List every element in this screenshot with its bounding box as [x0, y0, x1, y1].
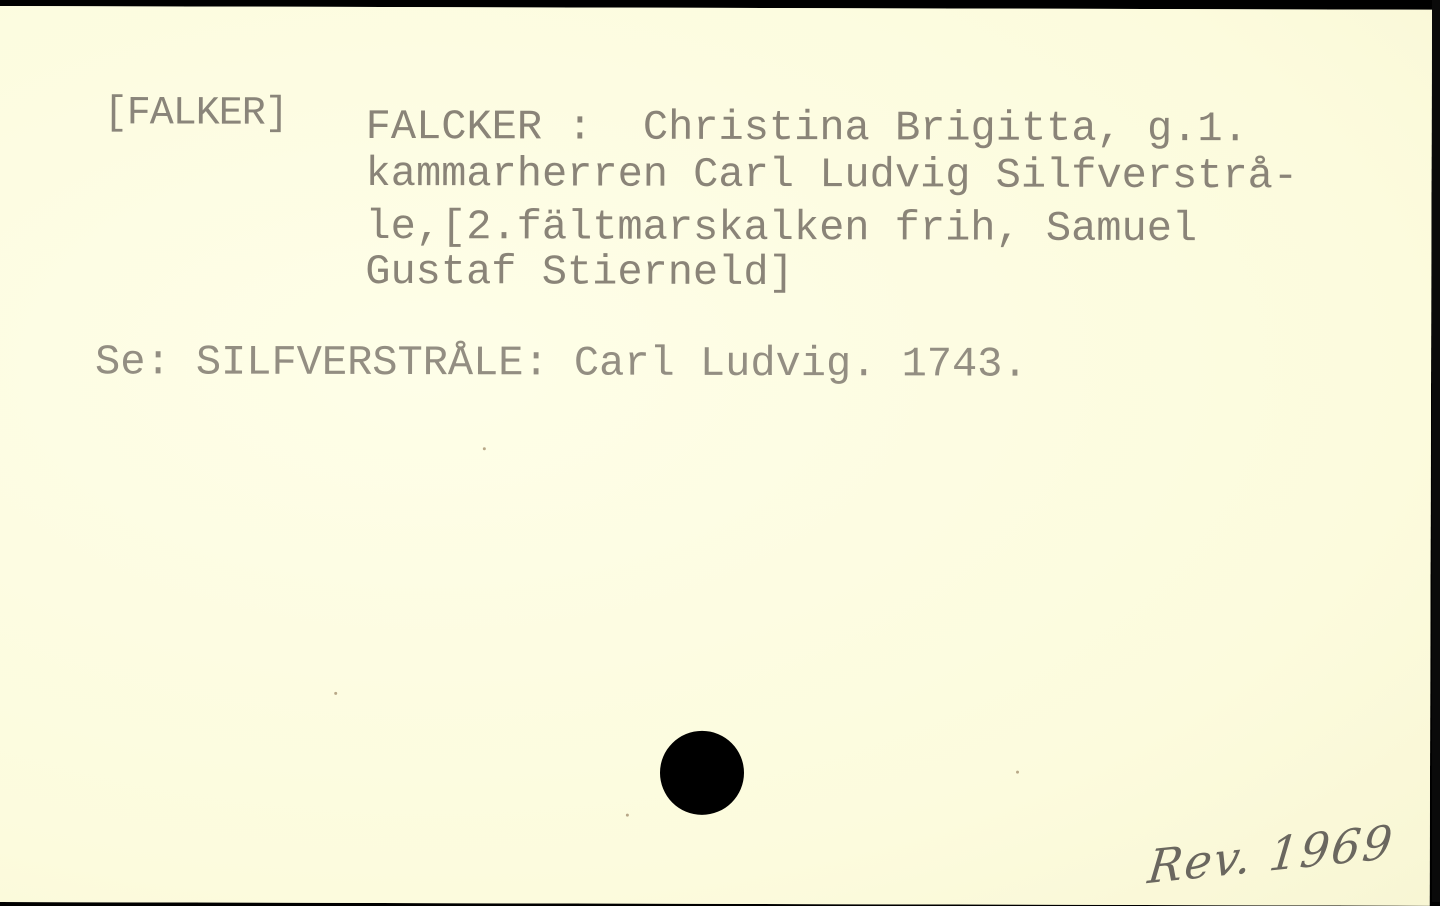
- entry-line-2: kammarherren Carl Ludvig Silfverstrå-: [366, 152, 1299, 198]
- punch-hole: [660, 731, 744, 815]
- entry-line-4: Gustaf Stierneld]: [365, 250, 794, 295]
- handwritten-revision-note: Rev. 1969: [1145, 814, 1396, 894]
- paper-speck: [334, 692, 337, 695]
- see-reference: Se: SILFVERSTRÅLE: Carl Ludvig. 1743.: [95, 340, 1028, 386]
- catalog-card: [FALKER] FALCKER : Christina Brigitta, g…: [0, 6, 1432, 902]
- paper-speck: [626, 814, 629, 817]
- heading-bracket-name: [FALKER]: [104, 92, 288, 136]
- paper-speck: [483, 447, 486, 450]
- scan-border: [1432, 0, 1440, 902]
- entry-line-3: le,[2.fältmarskalken frih, Samuel: [365, 205, 1197, 251]
- paper-speck: [1016, 771, 1019, 774]
- entry-line-1: FALCKER : Christina Brigitta, g.1.: [366, 105, 1248, 151]
